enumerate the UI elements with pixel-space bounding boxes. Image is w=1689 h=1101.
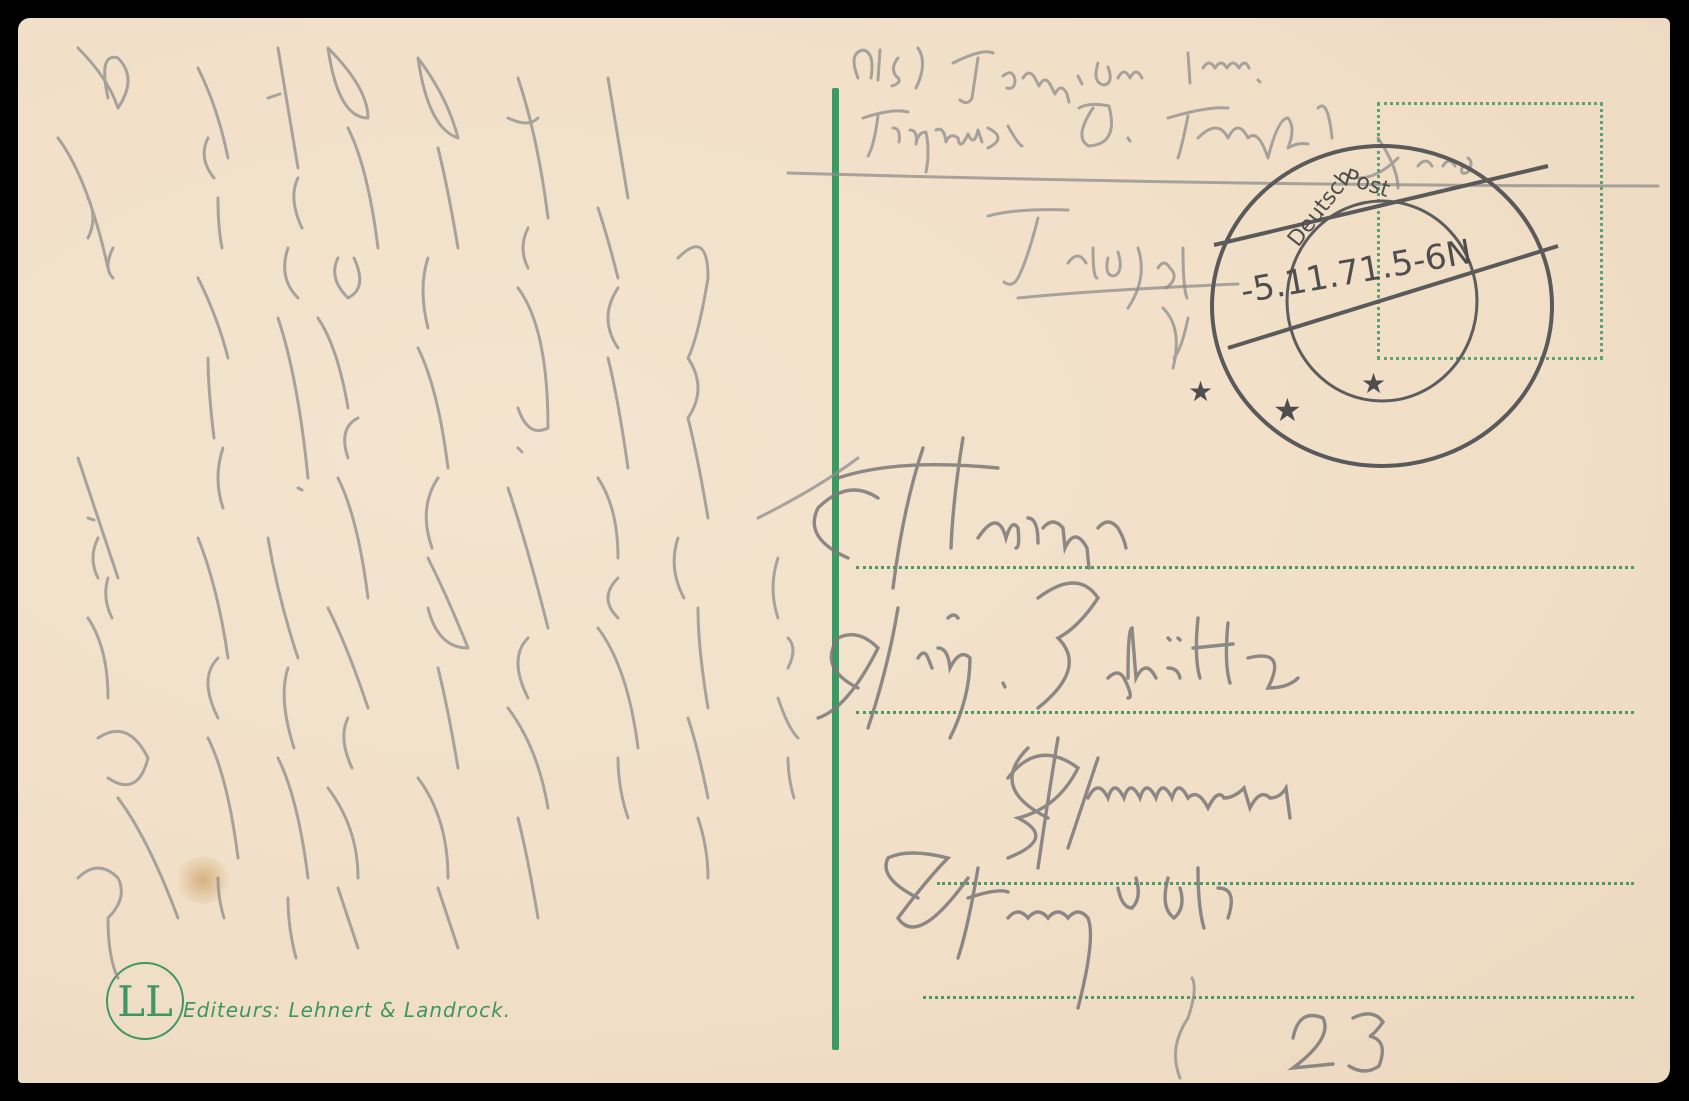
message-handwriting: [58, 48, 858, 978]
handwriting-and-postmark: Deutsch Post -5.11.71.5-6N ★ ★ ★: [18, 18, 1670, 1083]
star-icon: ★: [1188, 375, 1213, 408]
address-handwriting: [814, 438, 1383, 1078]
sender-note: [788, 48, 1658, 368]
postmark-date: -5.11.71.5-6N: [1238, 232, 1475, 312]
star-icon: ★: [1361, 367, 1386, 400]
postmark: Deutsch Post -5.11.71.5-6N ★ ★ ★: [1188, 146, 1558, 466]
star-icon: ★: [1273, 391, 1302, 429]
postcard: LL Editeurs: Lehnert & Landrock. Herrn A…: [18, 18, 1670, 1083]
postmark-top-text-right: Post: [1341, 165, 1393, 203]
